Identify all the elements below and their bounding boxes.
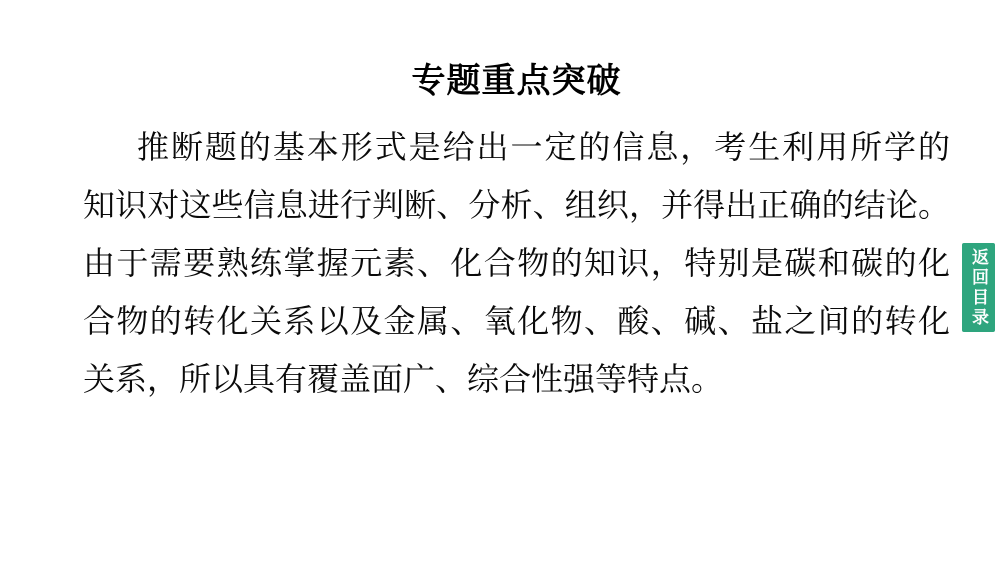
paragraph-line: 推断题的基本形式是给出一定的信息，考生利用所学的 [83,118,950,176]
paragraph-line: 关系，所以具有覆盖面广、综合性强等特点。 [83,350,950,408]
slide-canvas: 专题重点突破 推断题的基本形式是给出一定的信息，考生利用所学的 知识对这些信息进… [0,0,1000,563]
paragraph-line: 知识对这些信息进行判断、分析、组织，并得出正确的结论。 [83,176,950,234]
paragraph-line: 由于需要熟练掌握元素、化合物的知识，特别是碳和碳的化 [83,234,950,292]
body-paragraph: 推断题的基本形式是给出一定的信息，考生利用所学的 知识对这些信息进行判断、分析、… [83,118,950,408]
page-title: 专题重点突破 [83,64,950,98]
paragraph-line: 合物的转化关系以及金属、氧化物、酸、碱、盐之间的转化 [83,292,950,350]
back-to-toc-button[interactable]: 返回目录 [962,243,995,332]
